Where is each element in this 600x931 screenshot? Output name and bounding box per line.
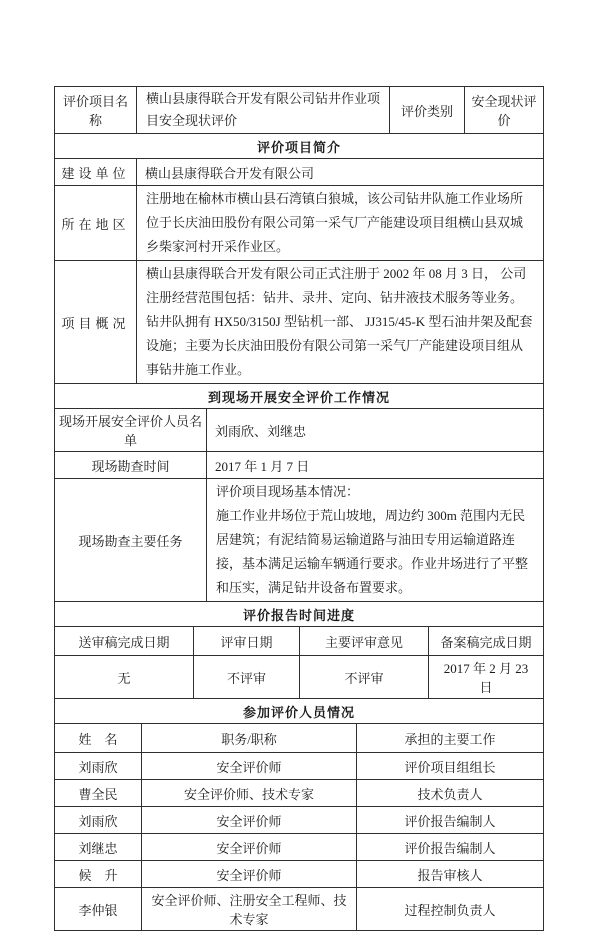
evaluation-summary-table: 评价项目名称 横山县康得联合开发有限公司钻井作业项目安全现状评价 评价类别 安全… xyxy=(54,86,543,931)
table-row: 无 不评审 不评审 2017 年 2 月 23 日 xyxy=(55,656,544,699)
project-name-label: 评价项目名称 xyxy=(55,87,137,134)
participant-title: 安全评价师 xyxy=(142,753,357,780)
table-row: 现场勘查时间 2017 年 1 月 7 日 xyxy=(55,452,544,479)
table-row: 刘继忠 安全评价师 评价报告编制人 xyxy=(55,834,544,861)
table-row: 送审稿完成日期 评审日期 主要评审意见 备案稿完成日期 xyxy=(55,627,544,656)
evaluation-category-value: 安全现状评价 xyxy=(465,87,544,134)
table-row: 项目概况 横山县康得联合开发有限公司正式注册于 2002 年 08 月 3 日，… xyxy=(55,261,544,384)
review-date-header: 评审日期 xyxy=(194,627,300,656)
participant-duty: 技术负责人 xyxy=(357,780,544,807)
evaluation-category-label: 评价类别 xyxy=(390,87,465,134)
participant-title: 安全评价师 xyxy=(142,861,357,888)
participant-title: 安全评价师、注册安全工程师、技术专家 xyxy=(142,888,357,931)
survey-tasks-label: 现场勘查主要任务 xyxy=(55,479,207,602)
site-staff-list-label: 现场开展安全评价人员名单 xyxy=(55,409,207,452)
participant-name: 刘雨欣 xyxy=(55,807,142,834)
project-overview-label: 项目概况 xyxy=(55,261,137,384)
participant-name: 候 升 xyxy=(55,861,142,888)
table-row: 到现场开展安全评价工作情况 xyxy=(55,384,544,409)
table-row: 现场勘查主要任务 评价项目现场基本情况： 施工作业井场位于荒山坡地，周边约 30… xyxy=(55,479,544,602)
participant-name: 刘雨欣 xyxy=(55,753,142,780)
section-report-schedule: 评价报告时间进度 送审稿完成日期 评审日期 主要评审意见 备案稿完成日期 无 不… xyxy=(54,601,544,699)
record-date-header: 备案稿完成日期 xyxy=(429,627,544,656)
participant-title: 安全评价师、技术专家 xyxy=(142,780,357,807)
table-row: 李仲银 安全评价师、注册安全工程师、技术专家 过程控制负责人 xyxy=(55,888,544,931)
draft-date-value: 无 xyxy=(55,656,194,699)
review-opinion-value: 不评审 xyxy=(300,656,429,699)
table-row: 建设单位 横山县康得联合开发有限公司 xyxy=(55,159,544,186)
section-identification: 评价项目名称 横山县康得联合开发有限公司钻井作业项目安全现状评价 评价类别 安全… xyxy=(54,86,544,134)
table-row: 姓 名 职务/职称 承担的主要工作 xyxy=(55,724,544,753)
participant-title-header: 职务/职称 xyxy=(142,724,357,753)
table-row: 刘雨欣 安全评价师 评价项目组组长 xyxy=(55,753,544,780)
participant-duty: 报告审核人 xyxy=(357,861,544,888)
construction-unit-label: 建设单位 xyxy=(55,159,137,186)
participant-title: 安全评价师 xyxy=(142,807,357,834)
table-row: 现场开展安全评价人员名单 刘雨欣、刘继忠 xyxy=(55,409,544,452)
survey-tasks-value: 评价项目现场基本情况： 施工作业井场位于荒山坡地，周边约 300m 范围内无民居… xyxy=(207,479,544,602)
review-opinion-header: 主要评审意见 xyxy=(300,627,429,656)
section-title-report-schedule: 评价报告时间进度 xyxy=(55,602,544,627)
survey-date-label: 现场勘查时间 xyxy=(55,452,207,479)
section-site-work: 到现场开展安全评价工作情况 现场开展安全评价人员名单 刘雨欣、刘继忠 现场勘查时… xyxy=(54,383,544,602)
record-date-value: 2017 年 2 月 23 日 xyxy=(429,656,544,699)
table-row: 评价报告时间进度 xyxy=(55,602,544,627)
location-value: 注册地在榆林市横山县石湾镇白狼城，该公司钻井队施工作业场所位于长庆油田股份有限公… xyxy=(137,186,544,261)
section-title-participants: 参加评价人员情况 xyxy=(55,699,544,724)
participant-name: 刘继忠 xyxy=(55,834,142,861)
participant-duty: 评价报告编制人 xyxy=(357,807,544,834)
participant-name: 曹全民 xyxy=(55,780,142,807)
section-title-site-work: 到现场开展安全评价工作情况 xyxy=(55,384,544,409)
project-overview-value: 横山县康得联合开发有限公司正式注册于 2002 年 08 月 3 日， 公司注册… xyxy=(137,261,544,384)
section-project-intro: 评价项目简介 建设单位 横山县康得联合开发有限公司 所在地区 注册地在榆林市横山… xyxy=(54,133,544,384)
table-row: 参加评价人员情况 xyxy=(55,699,544,724)
participant-duty: 评价报告编制人 xyxy=(357,834,544,861)
table-row: 所在地区 注册地在榆林市横山县石湾镇白狼城，该公司钻井队施工作业场所位于长庆油田… xyxy=(55,186,544,261)
participant-name: 李仲银 xyxy=(55,888,142,931)
site-staff-list-value: 刘雨欣、刘继忠 xyxy=(207,409,544,452)
project-name-value: 横山县康得联合开发有限公司钻井作业项目安全现状评价 xyxy=(137,87,390,134)
section-participants: 参加评价人员情况 姓 名 职务/职称 承担的主要工作 刘雨欣 安全评价师 评价项… xyxy=(54,698,544,931)
table-row: 评价项目简介 xyxy=(55,134,544,159)
participant-duty-header: 承担的主要工作 xyxy=(357,724,544,753)
table-row: 候 升 安全评价师 报告审核人 xyxy=(55,861,544,888)
location-label: 所在地区 xyxy=(55,186,137,261)
section-title-project-intro: 评价项目简介 xyxy=(55,134,544,159)
construction-unit-value: 横山县康得联合开发有限公司 xyxy=(137,159,544,186)
participant-duty: 过程控制负责人 xyxy=(357,888,544,931)
review-date-value: 不评审 xyxy=(194,656,300,699)
participant-name-header: 姓 名 xyxy=(55,724,142,753)
participant-duty: 评价项目组组长 xyxy=(357,753,544,780)
table-row: 评价项目名称 横山县康得联合开发有限公司钻井作业项目安全现状评价 评价类别 安全… xyxy=(55,87,544,134)
draft-date-header: 送审稿完成日期 xyxy=(55,627,194,656)
participant-title: 安全评价师 xyxy=(142,834,357,861)
table-row: 刘雨欣 安全评价师 评价报告编制人 xyxy=(55,807,544,834)
table-row: 曹全民 安全评价师、技术专家 技术负责人 xyxy=(55,780,544,807)
survey-date-value: 2017 年 1 月 7 日 xyxy=(207,452,544,479)
